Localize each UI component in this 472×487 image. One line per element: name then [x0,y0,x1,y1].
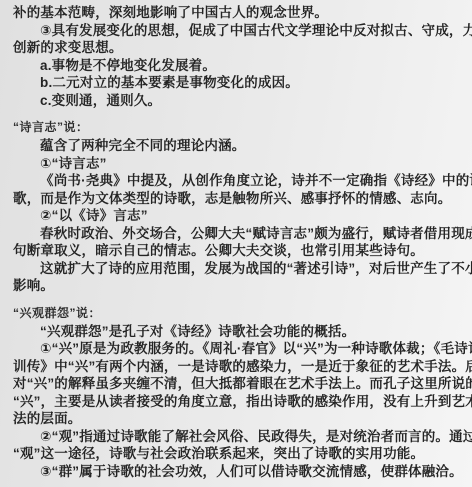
text-line: 法的层面。 [13,410,466,428]
text-line: 训传》中“兴”有两个内涵，一是诗歌的感染力，一是近于象征的艺术手法。后世 [13,358,466,376]
text-line: 春秋时政治、外交场合，公卿大夫“赋诗言志”颇为盛行，赋诗者借用现成诗 [13,225,466,243]
text-line: ③具有发展变化的思想，促成了中国古代文学理论中反对拟古、守成，力主 [13,22,466,40]
text-line: 补的基本范畴，深刻地影响了中国古人的观念世界。 [13,4,466,22]
section: “兴观群怨”说：“兴观群怨”是孔子对《诗经》诗歌社会功能的概括。①“兴”原是为政… [13,304,466,481]
text-line: ②“观”指通过诗歌能了解社会风俗、民政得失，是对统治者而言的。通过 [13,428,466,446]
section: 补的基本范畴，深刻地影响了中国古人的观念世界。③具有发展变化的思想，促成了中国古… [13,4,466,109]
text-line: ②“以《诗》言志” [13,207,466,225]
text-line: ①“诗言志” [13,155,466,173]
text-line: 《尚书·尧典》中提及，从创作角度立论，诗并不一定确指《诗经》中的诗 [13,172,466,190]
section-heading: “诗言志”说： [13,118,466,137]
text-line: 对“兴”的解释虽多夹缠不清，但大抵都着眼在艺术手法上。而孔子这里所说的 [13,375,466,393]
text-line: 创新的求变思想。 [13,39,466,57]
text-line: 这就扩大了诗的应用范围，发展为战国的“著述引诗”，对后世产生了不小的 [13,260,466,278]
notes-page: 补的基本范畴，深刻地影响了中国古人的观念世界。③具有发展变化的思想，促成了中国古… [0,0,472,487]
text-line: “兴观群怨”是孔子对《诗经》诗歌社会功能的概括。 [13,323,466,341]
text-line: b.二元对立的基本要素是事物变化的成因。 [13,74,466,92]
text-line: 蕴含了两种完全不同的理论内涵。 [13,137,466,155]
text-line: ③“群”属于诗歌的社会功效，人们可以借诗歌交流情感，使群体融洽。 [13,463,466,481]
text-line: “兴”，主要是从读者接受的角度立意，指出诗歌的感染作用，没有上升到艺术手 [13,393,466,411]
section-heading: “兴观群怨”说： [13,304,466,323]
document-body: 补的基本范畴，深刻地影响了中国古人的观念世界。③具有发展变化的思想，促成了中国古… [13,4,466,480]
text-line: c.变则通，通则久。 [13,92,466,110]
section: “诗言志”说：蕴含了两种完全不同的理论内涵。①“诗言志”《尚书·尧典》中提及，从… [13,118,466,295]
text-line: 影响。 [13,277,466,295]
text-line: 句断章取义，暗示自己的情志。公卿大夫交谈，也常引用某些诗句。 [13,242,466,260]
text-line: ①“兴”原是为政教服务的。《周礼·春官》以“兴”为一种诗歌体裁；《毛诗诂 [13,340,466,358]
text-line: a.事物是不停地变化发展着。 [13,57,466,75]
text-line: “观”这一途径，诗歌与社会政治联系起来，突出了诗歌的实用功能。 [13,445,466,463]
text-line: 歌，而是作为文体类型的诗歌，志是触物所兴、感事抒怀的情感、志向。 [13,190,466,208]
